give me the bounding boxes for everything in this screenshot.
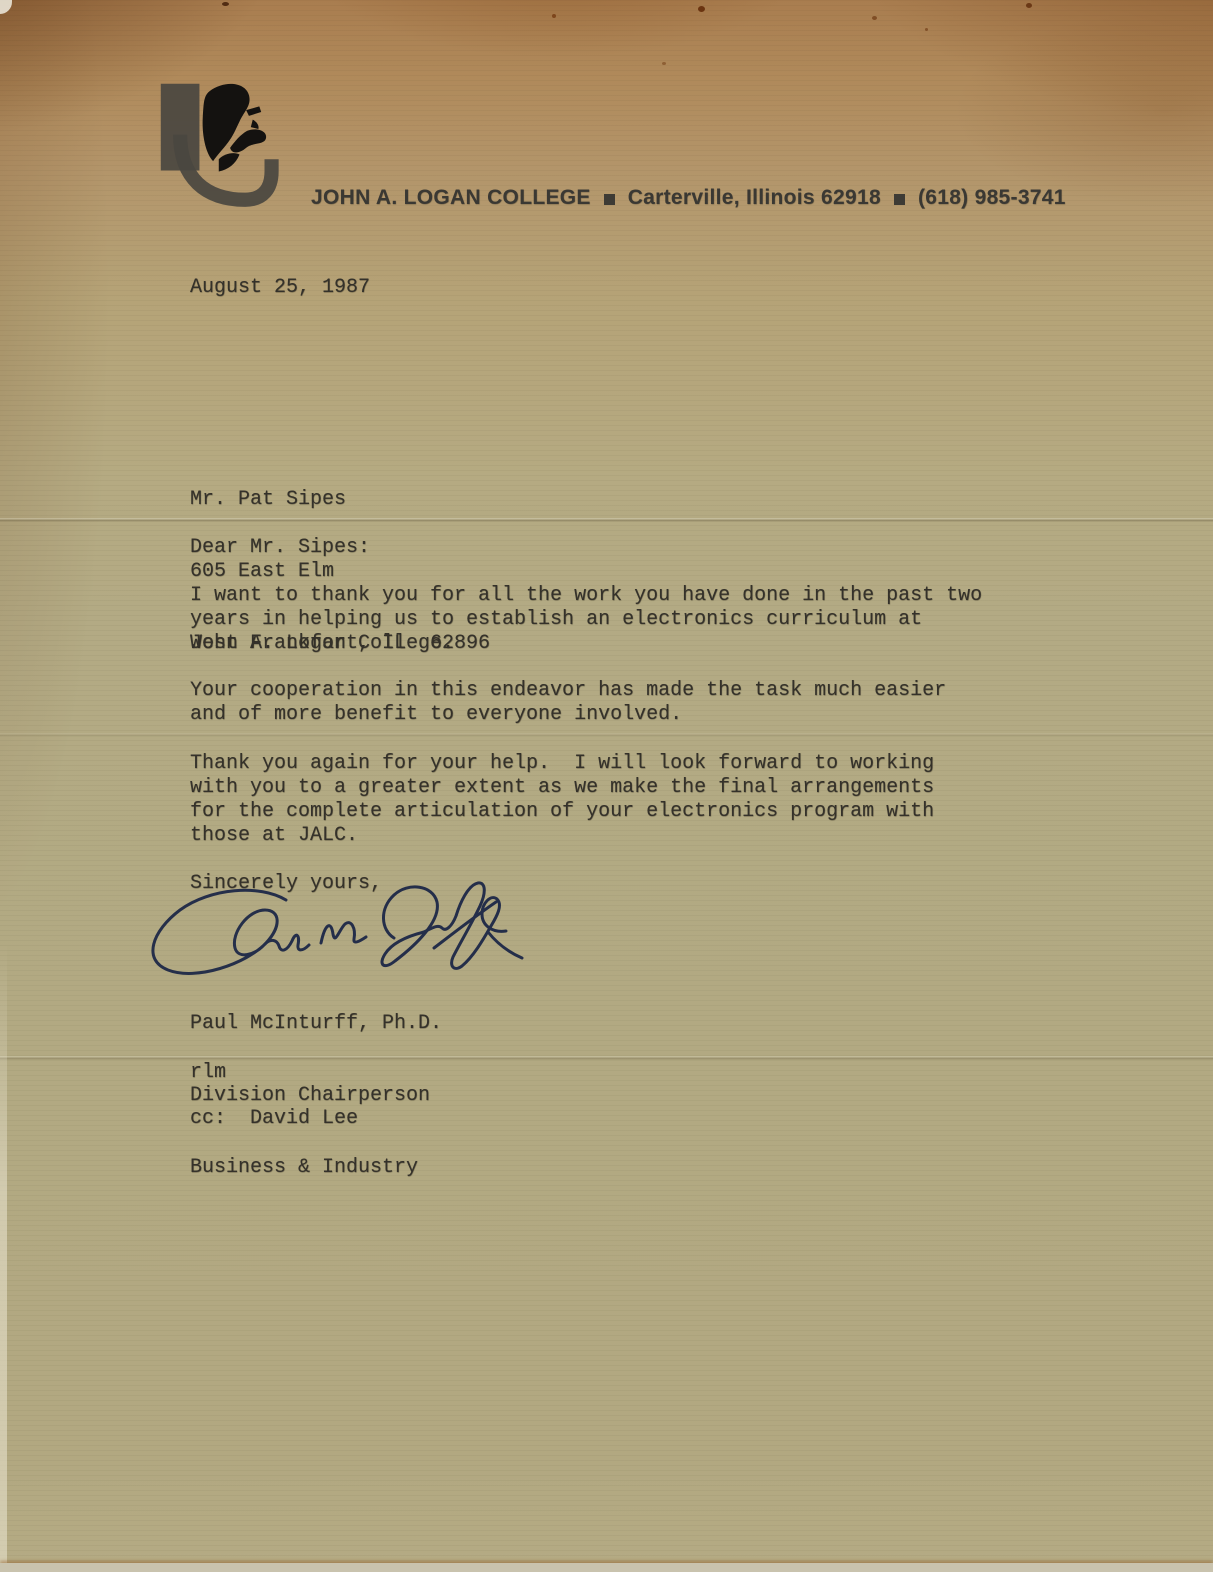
body-paragraph-3: Thank you again for your help. I will lo… [190, 752, 934, 848]
letterhead: JOHN A. LOGAN COLLEGE Carterville, Illin… [311, 186, 1066, 210]
recipient-street: 605 East Elm [190, 560, 490, 584]
signer-name: Paul McInturff, Ph.D. [190, 1012, 442, 1036]
salutation: Dear Mr. Sipes: [190, 536, 370, 560]
stain-spot [1026, 3, 1032, 8]
stain-spot [872, 16, 877, 20]
bullet-square-icon [604, 194, 615, 205]
recipient-address-block: Mr. Pat Sipes 605 East Elm West Frankfor… [190, 440, 490, 704]
bullet-square-icon [894, 194, 905, 205]
body-paragraph-1: I want to thank you for all the work you… [190, 584, 982, 656]
fold-crease [0, 733, 1213, 737]
cc-line: cc: David Lee [190, 1107, 358, 1131]
scan-edge [0, 943, 7, 1563]
signer-title: Division Chairperson [190, 1084, 442, 1108]
stain-spot [222, 2, 229, 6]
scan-edge [0, 1563, 1213, 1572]
letter-date: August 25, 1987 [190, 276, 370, 300]
stain-spot [698, 6, 705, 12]
college-phone: (618) 985-3741 [918, 186, 1066, 210]
fold-crease [0, 518, 1213, 522]
college-location: Carterville, Illinois 62918 [628, 186, 881, 210]
stain-spot [662, 62, 666, 65]
scan-corner [0, 0, 12, 14]
signer-division: Business & Industry [190, 1156, 442, 1180]
stain-spot [925, 28, 928, 31]
typist-initials: rlm [190, 1061, 226, 1085]
recipient-name: Mr. Pat Sipes [190, 488, 490, 512]
fold-crease [0, 1056, 1213, 1060]
body-paragraph-2: Your cooperation in this endeavor has ma… [190, 679, 946, 727]
face-profile [203, 84, 267, 172]
college-logo [149, 79, 281, 213]
stain-spot [552, 14, 556, 18]
college-name: JOHN A. LOGAN COLLEGE [311, 186, 591, 210]
signature-block: Paul McInturff, Ph.D. Division Chairpers… [190, 964, 442, 1228]
letter-document: JOHN A. LOGAN COLLEGE Carterville, Illin… [0, 0, 1213, 1572]
